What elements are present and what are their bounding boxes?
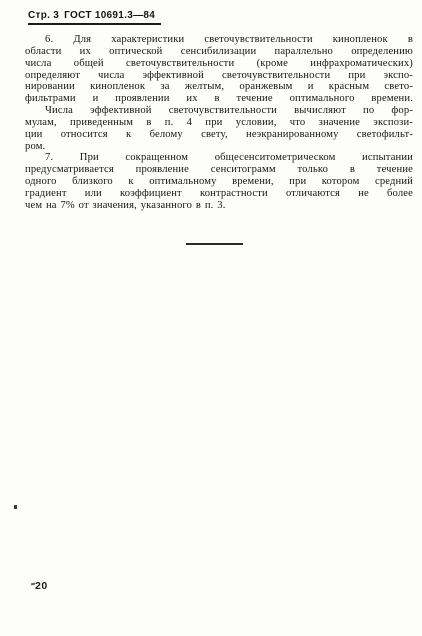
- text-line: числа общей светочувствительности (кроме…: [25, 58, 413, 70]
- text-line: фильтрами и проявлении их в течение опти…: [25, 93, 413, 105]
- body-text-block: 6. Для характеристики светочувствительно…: [25, 34, 413, 212]
- text-line: ром.: [25, 141, 413, 153]
- text-line: Числа эффективной светочувствительности …: [25, 105, 413, 117]
- text-line: определяют числа эффективной светочувств…: [25, 70, 413, 82]
- text-line: 7. При сокращенном общесенситометрическо…: [25, 152, 413, 164]
- scan-speck: [14, 505, 17, 509]
- document-page: Стр. 3ГОСТ 10691.3—84 6. Для характерист…: [0, 0, 422, 636]
- text-line: области их оптической сенсибилизации пар…: [25, 46, 413, 58]
- page-number: 20: [35, 580, 48, 592]
- text-line: ции относится к белому свету, неэкраниро…: [25, 129, 413, 141]
- text-line: мулам, приведенным в п. 4 при условии, ч…: [25, 117, 413, 129]
- text-line: нировании кинопленок за желтым, оранжевы…: [25, 81, 413, 93]
- text-line: предусматривается проявление сенситограм…: [25, 164, 413, 176]
- header-page-label: Стр. 3: [28, 10, 59, 21]
- page-header: Стр. 3ГОСТ 10691.3—84: [28, 10, 161, 25]
- text-line: чем на 7% от значения, указанного в п. 3…: [25, 200, 413, 212]
- header-standard-number: ГОСТ 10691.3—84: [64, 10, 155, 21]
- section-divider-rule: [186, 243, 243, 245]
- text-line: одного близкого к оптимальному времени, …: [25, 176, 413, 188]
- text-line: градиент или коэффициент контрастности о…: [25, 188, 413, 200]
- text-line: 6. Для характеристики светочувствительно…: [25, 34, 413, 46]
